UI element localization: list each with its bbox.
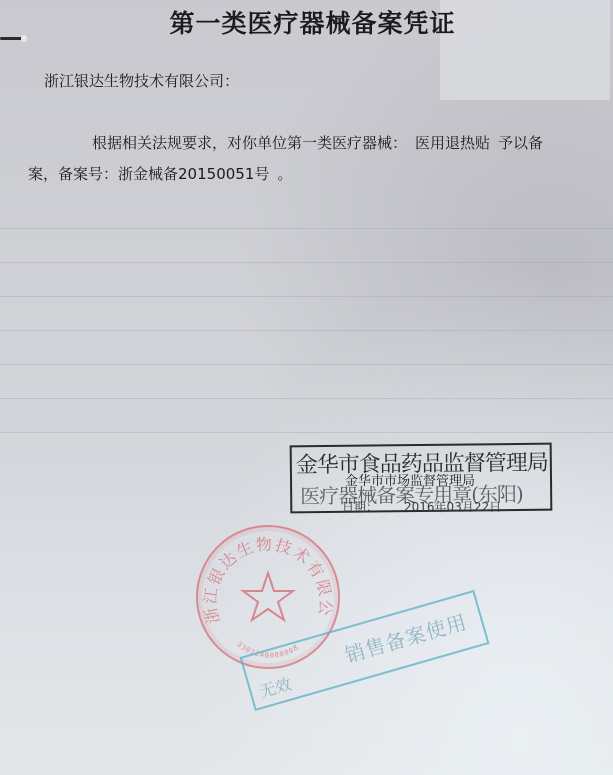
sentence-end: 。	[277, 165, 292, 183]
ruled-line	[0, 296, 613, 297]
ruled-line	[0, 262, 613, 263]
date-label: 日期：	[342, 500, 378, 514]
filing-number: 浙金械备20150051号	[118, 165, 269, 183]
filing-suffix: 予以备	[498, 134, 543, 152]
ruled-line	[0, 228, 613, 229]
filing-number-label: 案，备案号：	[28, 165, 118, 183]
ruled-line	[0, 364, 613, 365]
blue-stamp-left-text: 无效	[257, 672, 294, 703]
blue-stamp-text: 销售备案使用	[341, 606, 470, 669]
ruled-line	[0, 330, 613, 331]
intro-text: 根据相关法规要求，对你单位第一类医疗器械：	[92, 134, 407, 152]
body-paragraph-line1: 根据相关法规要求，对你单位第一类医疗器械：医用退热贴予以备	[92, 132, 543, 153]
body-paragraph-line2: 案，备案号：浙金械备20150051号。	[28, 163, 292, 184]
issue-date-row: 日期：2016年03月22日	[342, 498, 501, 515]
ruled-line	[0, 398, 613, 399]
certificate-page: 第一类医疗器械备案凭证 浙江银达生物技术有限公司： 根据相关法规要求，对你单位第…	[0, 0, 613, 775]
date-value: 2016年03月22日	[404, 500, 501, 514]
star-icon	[243, 573, 293, 620]
product-name: 医用退热贴	[415, 134, 490, 152]
issuing-authority: 金华市市场监督管理局	[345, 470, 475, 489]
page-title: 第一类医疗器械备案凭证	[0, 4, 613, 40]
addressee: 浙江银达生物技术有限公司：	[44, 70, 239, 91]
ruled-line	[0, 432, 613, 433]
